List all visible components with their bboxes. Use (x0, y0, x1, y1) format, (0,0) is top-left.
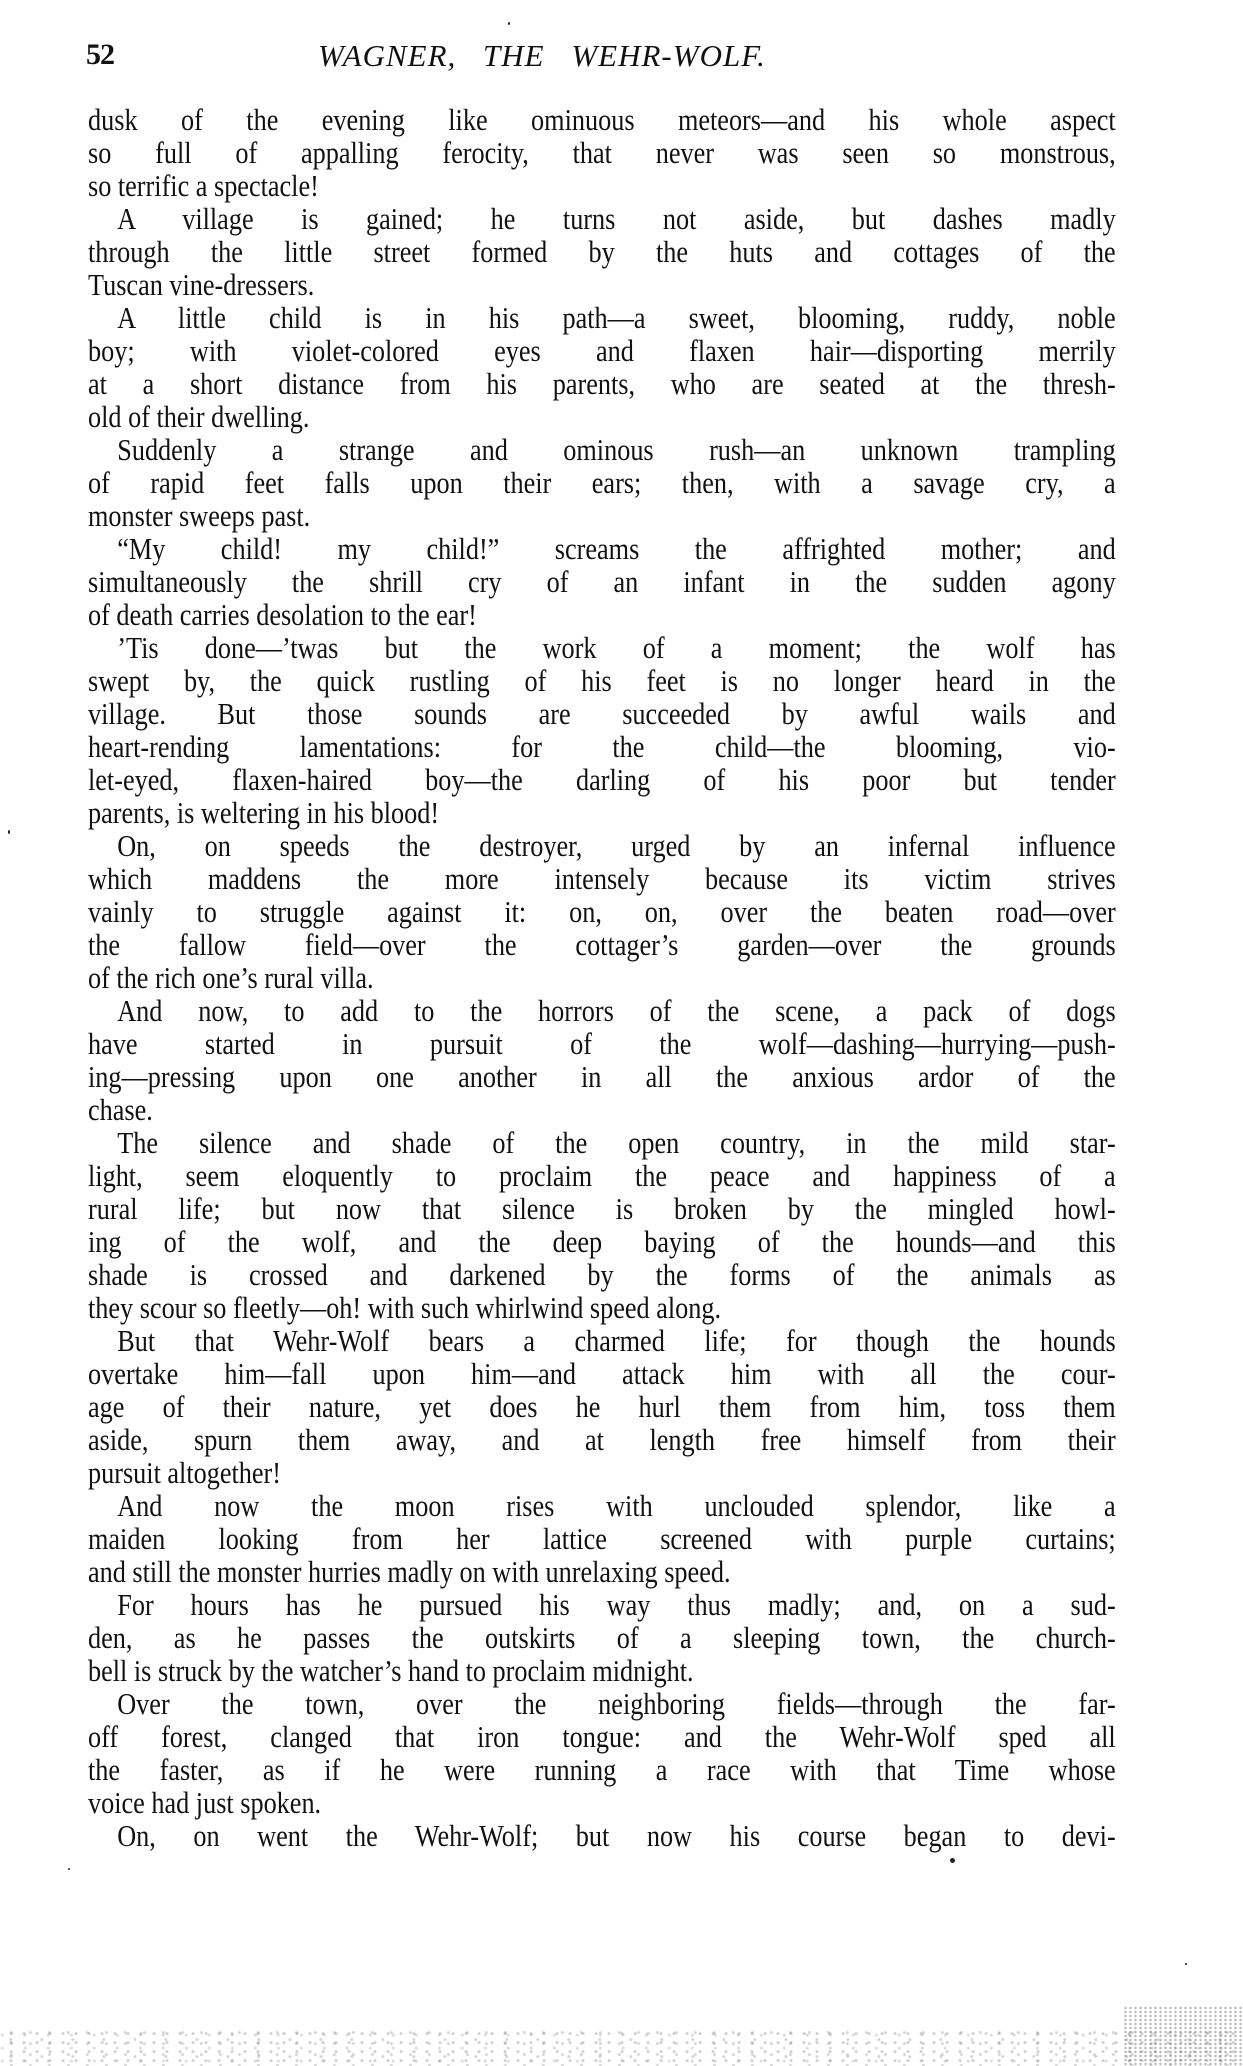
text-line: Over the town, over the neighboring fiel… (88, 1688, 1116, 1721)
text-line: ing of the wolf, and the deep baying of … (88, 1226, 1116, 1259)
running-title: WAGNER, THE WEHR-WOLF. (318, 38, 766, 74)
text-line: which maddens the more intensely because… (88, 863, 1116, 896)
text-line: chase. (88, 1094, 1116, 1127)
text-line: let-eyed, flaxen-haired boy—the darling … (88, 764, 1116, 797)
text-line: swept by, the quick rustling of his feet… (88, 665, 1116, 698)
book-page: 52 WAGNER, THE WEHR-WOLF. dusk of the ev… (0, 0, 1243, 2066)
text-line: parents, is weltering in his blood! (88, 797, 1116, 830)
text-line: bell is struck by the watcher’s hand to … (88, 1655, 1116, 1688)
text-line: so full of appalling ferocity, that neve… (88, 137, 1116, 170)
text-line: vainly to struggle against it: on, on, o… (88, 896, 1116, 929)
scan-noise (0, 2026, 1243, 2066)
text-line: dusk of the evening like ominuous meteor… (88, 104, 1116, 137)
text-line: have started in pursuit of the wolf—dash… (88, 1028, 1116, 1061)
text-line: A village is gained; he turns not aside,… (88, 203, 1116, 236)
text-line: light, seem eloquently to proclaim the p… (88, 1160, 1116, 1193)
page-number: 52 (86, 38, 114, 72)
text-line: “My child! my child!” screams the affrig… (88, 533, 1116, 566)
text-line: boy; with violet-colored eyes and flaxen… (88, 335, 1116, 368)
scan-noise-corner (1123, 2006, 1243, 2066)
text-line: A little child is in his path—a sweet, b… (88, 302, 1116, 335)
text-line: simultaneously the shrill cry of an infa… (88, 566, 1116, 599)
text-line: Tuscan vine-dressers. (88, 269, 1116, 302)
text-line: the faster, as if he were running a race… (88, 1754, 1116, 1787)
scan-speck (68, 1868, 70, 1870)
text-line: maiden looking from her lattice screened… (88, 1523, 1116, 1556)
text-line: On, on went the Wehr-Wolf; but now his c… (88, 1820, 1116, 1853)
scan-speck (508, 22, 510, 25)
text-line: monster sweeps past. (88, 500, 1116, 533)
text-line: And now the moon rises with unclouded sp… (88, 1490, 1116, 1523)
text-line: Suddenly a strange and ominous rush—an u… (88, 434, 1116, 467)
text-line: rural life; but now that silence is brok… (88, 1193, 1116, 1226)
text-line: the fallow field—over the cottager’s gar… (88, 929, 1116, 962)
text-line: For hours has he pursued his way thus ma… (88, 1589, 1116, 1622)
body-text: dusk of the evening like ominuous meteor… (88, 104, 1116, 1853)
text-line: and still the monster hurries madly on w… (88, 1556, 1116, 1589)
text-line: ing—pressing upon one another in all the… (88, 1061, 1116, 1094)
text-line: through the little street formed by the … (88, 236, 1116, 269)
text-line: voice had just spoken. (88, 1787, 1116, 1820)
text-line: at a short distance from his parents, wh… (88, 368, 1116, 401)
running-head: 52 WAGNER, THE WEHR-WOLF. (86, 38, 1116, 78)
text-line: village. But those sounds are succeeded … (88, 698, 1116, 731)
text-line: of the rich one’s rural villa. (88, 962, 1116, 995)
text-line: shade is crossed and darkened by the for… (88, 1259, 1116, 1292)
text-line: pursuit altogether! (88, 1457, 1116, 1490)
text-line: off forest, clanged that iron tongue: an… (88, 1721, 1116, 1754)
text-line: The silence and shade of the open countr… (88, 1127, 1116, 1160)
text-line: aside, spurn them away, and at length fr… (88, 1424, 1116, 1457)
text-line: old of their dwelling. (88, 401, 1116, 434)
text-line: den, as he passes the outskirts of a sle… (88, 1622, 1116, 1655)
text-line: of death carries desolation to the ear! (88, 599, 1116, 632)
text-line: ’Tis done—’twas but the work of a moment… (88, 632, 1116, 665)
text-line: And now, to add to the horrors of the sc… (88, 995, 1116, 1028)
text-line: But that Wehr-Wolf bears a charmed life;… (88, 1325, 1116, 1358)
text-line: of rapid feet falls upon their ears; the… (88, 467, 1116, 500)
text-line: overtake him—fall upon him—and attack hi… (88, 1358, 1116, 1391)
text-line: age of their nature, yet does he hurl th… (88, 1391, 1116, 1424)
scan-speck (1185, 1963, 1187, 1965)
scan-speck (950, 1858, 955, 1863)
text-line: On, on speeds the destroyer, urged by an… (88, 830, 1116, 863)
text-line: heart-rending lamentations: for the chil… (88, 731, 1116, 764)
text-line: they scour so fleetly—oh! with such whir… (88, 1292, 1116, 1325)
text-line: so terrific a spectacle! (88, 170, 1116, 203)
scan-speck (8, 830, 10, 834)
